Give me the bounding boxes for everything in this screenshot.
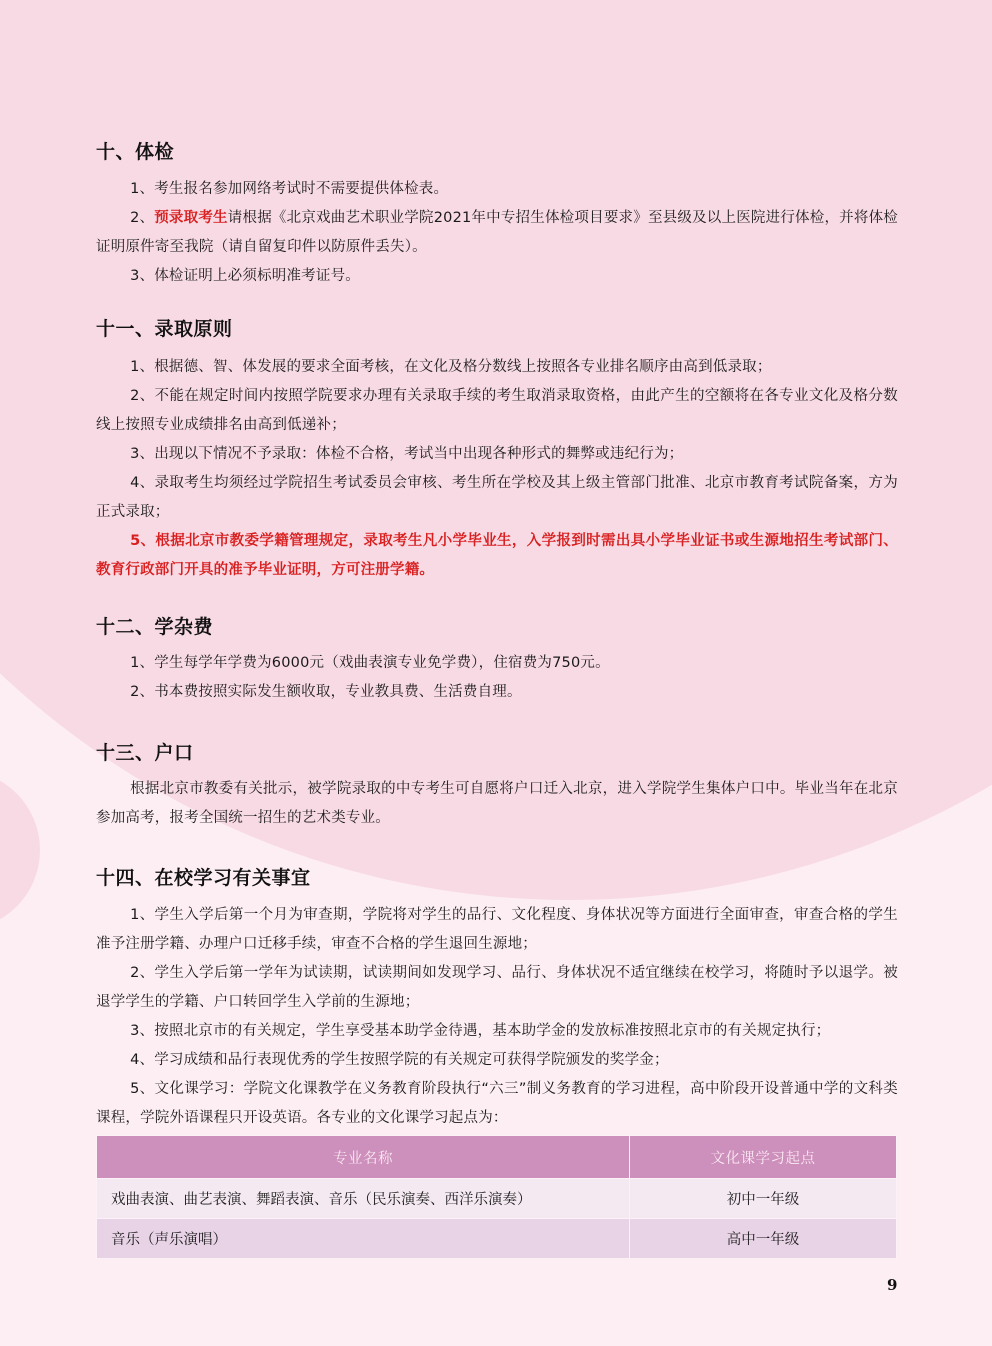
background-decor-circle-small xyxy=(0,770,40,930)
paragraph: 4、学习成绩和品行表现优秀的学生按照学院的有关规定可获得学院颁发的奖学金； xyxy=(96,1046,898,1075)
section-title: 十二、学杂费 xyxy=(96,613,898,641)
paragraph: 3、出现以下情况不予录取：体检不合格，考试当中出现各种形式的舞弊或违纪行为； xyxy=(96,440,898,469)
highlight-text: 预录取考生 xyxy=(154,210,228,226)
table-row: 音乐（声乐演唱） 高中一年级 xyxy=(97,1219,897,1259)
page-number: 9 xyxy=(887,1276,897,1294)
paragraph: 1、根据德、智、体发展的要求全面考核，在文化及格分数线上按照各专业排名顺序由高到… xyxy=(96,353,898,382)
emphasis-paragraph: 5、根据北京市教委学籍管理规定，录取考生凡小学毕业生，入学报到时需出具小学毕业证… xyxy=(96,527,898,585)
paragraph: 1、学生入学后第一个月为审查期，学院将对学生的品行、文化程度、身体状况等方面进行… xyxy=(96,901,898,959)
table-cell-start-level: 初中一年级 xyxy=(630,1179,897,1219)
table-header-major: 专业名称 xyxy=(97,1136,630,1179)
table-row: 戏曲表演、曲艺表演、舞蹈表演、音乐（民乐演奏、西洋乐演奏） 初中一年级 xyxy=(97,1179,897,1219)
section-household-registration: 十三、户口 根据北京市教委有关批示，被学院录取的中专考生可自愿将户口迁入北京，进… xyxy=(96,739,898,833)
table-cell-start-level: 高中一年级 xyxy=(630,1219,897,1259)
section-fees: 十二、学杂费 1、学生每学年学费为6000元（戏曲表演专业免学费），住宿费为75… xyxy=(96,613,898,707)
paragraph: 4、录取考生均须经过学院招生考试委员会审核、考生所在学校及其上级主管部门批准、北… xyxy=(96,469,898,527)
table-cell-major: 音乐（声乐演唱） xyxy=(97,1219,630,1259)
section-title: 十四、在校学习有关事宜 xyxy=(96,864,898,892)
section-admission-principles: 十一、录取原则 1、根据德、智、体发展的要求全面考核，在文化及格分数线上按照各专… xyxy=(96,315,898,585)
section-physical-exam: 十、体检 1、考生报名参加网络考试时不需要提供体检表。 2、预录取考生请根据《北… xyxy=(96,138,898,291)
paragraph-prefix: 2、 xyxy=(130,210,154,226)
paragraph: 3、体检证明上必须标明准考证号。 xyxy=(96,262,898,291)
paragraph: 1、考生报名参加网络考试时不需要提供体检表。 xyxy=(96,175,898,204)
paragraph: 2、书本费按照实际发生额收取，专业教具费、生活费自理。 xyxy=(96,678,898,707)
table-cell-major: 戏曲表演、曲艺表演、舞蹈表演、音乐（民乐演奏、西洋乐演奏） xyxy=(97,1179,630,1219)
section-school-study: 十四、在校学习有关事宜 1、学生入学后第一个月为审查期，学院将对学生的品行、文化… xyxy=(96,864,898,1133)
culture-course-start-table: 专业名称 文化课学习起点 戏曲表演、曲艺表演、舞蹈表演、音乐（民乐演奏、西洋乐演… xyxy=(96,1135,897,1259)
section-title: 十一、录取原则 xyxy=(96,315,898,343)
paragraph: 2、不能在规定时间内按照学院要求办理有关录取手续的考生取消录取资格，由此产生的空… xyxy=(96,382,898,440)
paragraph: 1、学生每学年学费为6000元（戏曲表演专业免学费），住宿费为750元。 xyxy=(96,649,898,678)
table-header-start-level: 文化课学习起点 xyxy=(630,1136,897,1179)
paragraph: 根据北京市教委有关批示，被学院录取的中专考生可自愿将户口迁入北京，进入学院学生集… xyxy=(96,775,898,833)
paragraph: 2、预录取考生请根据《北京戏曲艺术职业学院2021年中专招生体检项目要求》至县级… xyxy=(96,204,898,262)
section-title: 十三、户口 xyxy=(96,739,898,767)
section-title: 十、体检 xyxy=(96,138,898,166)
paragraph: 2、学生入学后第一学年为试读期，试读期间如发现学习、品行、身体状况不适宜继续在校… xyxy=(96,959,898,1017)
paragraph: 5、文化课学习：学院文化课教学在义务教育阶段执行“六三”制义务教育的学习进程，高… xyxy=(96,1075,898,1133)
table-header-row: 专业名称 文化课学习起点 xyxy=(97,1136,897,1179)
paragraph: 3、按照北京市的有关规定，学生享受基本助学金待遇，基本助学金的发放标准按照北京市… xyxy=(96,1017,898,1046)
